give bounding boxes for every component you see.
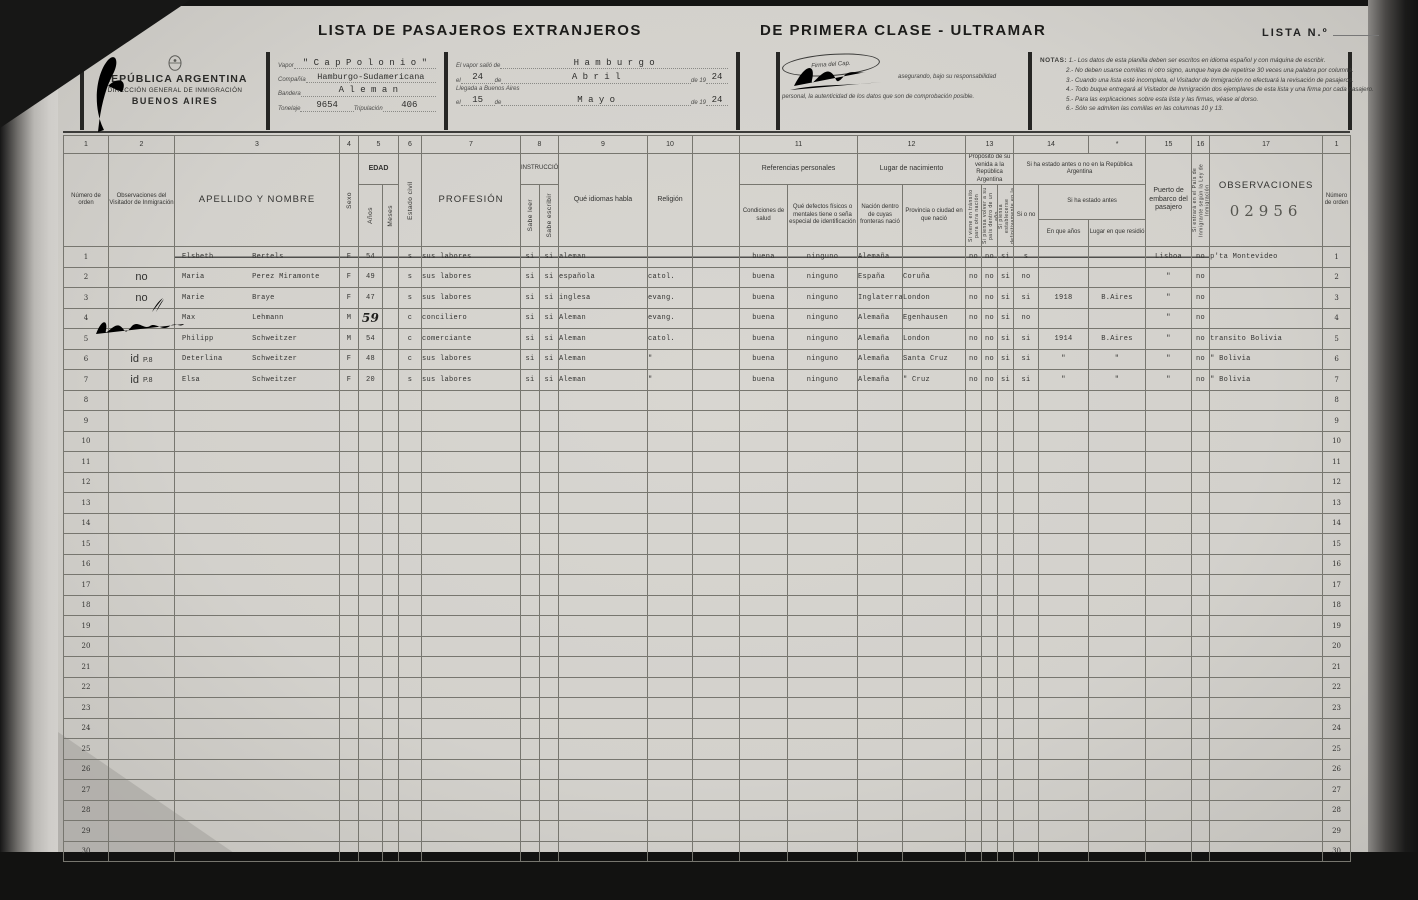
cell-en [1039, 739, 1089, 760]
cell-n2: 21 [1323, 657, 1351, 678]
col-number: 5 [359, 136, 399, 154]
cell-n: 3 [64, 288, 109, 309]
cell-gap [693, 390, 740, 411]
book-binding-edge [0, 0, 62, 860]
cell-prov [903, 493, 966, 514]
cell-nac: España [858, 267, 903, 288]
passenger-row: 4MaxLehmannM59cconcilierosisiAlemanevang… [64, 308, 1351, 329]
cell-en [1039, 677, 1089, 698]
cell-salud: buena [740, 329, 788, 350]
col-number: 11 [740, 136, 858, 154]
cell-name [175, 513, 340, 534]
cell-idi: Aleman [559, 370, 648, 391]
cell-n2: 11 [1323, 452, 1351, 473]
cell-puerto [1146, 718, 1192, 739]
cell-obs [1210, 759, 1323, 780]
cell-p2 [982, 390, 998, 411]
cell-rel: " [648, 349, 693, 370]
cell-prof: sus labores [422, 267, 521, 288]
cell-name [175, 493, 340, 514]
document-subtitle: DE PRIMERA CLASE - ULTRAMAR [760, 22, 1046, 39]
cell-en [1039, 698, 1089, 719]
cell-p1 [966, 759, 982, 780]
cell-anios [359, 493, 383, 514]
cell-sexo [340, 739, 359, 760]
cell-anios [359, 800, 383, 821]
cell-salud: buena [740, 288, 788, 309]
cell-def [788, 493, 858, 514]
passenger-row: 1ElsbethBertelsF54ssus laboressisialeman… [64, 247, 1351, 268]
cell-meses [383, 698, 399, 719]
col-number: 2 [109, 136, 175, 154]
cell-rel [648, 616, 693, 637]
llegada-month: M a y o [501, 95, 691, 107]
cell-p3 [998, 677, 1014, 698]
col-number: 7 [422, 136, 521, 154]
cell-def [788, 595, 858, 616]
cell-esc: si [540, 370, 559, 391]
cell-def: ninguno [788, 370, 858, 391]
cell-idi [559, 534, 648, 555]
cell-n2: 7 [1323, 370, 1351, 391]
cell-hw [109, 554, 175, 575]
cell-name: MaxLehmann [175, 308, 340, 329]
nota-item: 4.- Todo buque entregará al Visitador de… [1040, 85, 1340, 95]
cell-anios [359, 636, 383, 657]
cell-anios [359, 698, 383, 719]
cell-prof [422, 841, 521, 862]
notas-box: NOTAS: 1.- Los datos de esta planilla de… [1032, 52, 1348, 130]
cell-obs: " Bolivia [1210, 370, 1323, 391]
cell-name [175, 575, 340, 596]
cell-lee [521, 452, 540, 473]
salida-port: H a m b u r g o [500, 58, 728, 70]
cell-en [1039, 595, 1089, 616]
cell-lee: si [521, 288, 540, 309]
cell-rel [648, 636, 693, 657]
cell-p3 [998, 759, 1014, 780]
cell-sino: si [1014, 329, 1039, 350]
cell-salud [740, 493, 788, 514]
cell-esc [540, 411, 559, 432]
col-number: 16 [1192, 136, 1210, 154]
cell-p3 [998, 780, 1014, 801]
cell-puerto [1146, 554, 1192, 575]
cell-name: ElsbethBertels [175, 247, 340, 268]
llegada-day: 15 [461, 95, 495, 107]
cell-name [175, 452, 340, 473]
cell-anios [359, 390, 383, 411]
cell-lugar [1089, 636, 1146, 657]
cell-hw: no [109, 267, 175, 288]
handwritten-mark: no [135, 271, 147, 283]
surname: Schweitzer [252, 355, 297, 363]
cell-lee [521, 411, 540, 432]
col-number: 10 [648, 136, 693, 154]
cell-def [788, 575, 858, 596]
cell-esc [540, 780, 559, 801]
cell-n2: 25 [1323, 739, 1351, 760]
cell-nac [858, 739, 903, 760]
cell-prov: Santa Cruz [903, 349, 966, 370]
salida-month: A b r i l [501, 72, 691, 84]
cell-c16 [1192, 554, 1210, 575]
cell-p2 [982, 800, 998, 821]
cell-lee [521, 513, 540, 534]
cell-n: 18 [64, 595, 109, 616]
cell-hw [109, 657, 175, 678]
cell-def [788, 677, 858, 698]
cell-prof [422, 800, 521, 821]
cell-p3 [998, 821, 1014, 842]
col-number: 12 [858, 136, 966, 154]
cell-sexo [340, 595, 359, 616]
cell-def: ninguno [788, 267, 858, 288]
cell-p1: no [966, 370, 982, 391]
cell-esc [540, 698, 559, 719]
cell-meses [383, 452, 399, 473]
cell-salud: buena [740, 247, 788, 268]
cell-gap [693, 657, 740, 678]
cell-prov [903, 657, 966, 678]
cell-n: 15 [64, 534, 109, 555]
cell-rel [648, 780, 693, 801]
cell-puerto [1146, 698, 1192, 719]
cell-obs: p'ta Montevideo [1210, 247, 1323, 268]
cell-def: ninguno [788, 247, 858, 268]
cell-puerto [1146, 513, 1192, 534]
cell-puerto [1146, 841, 1192, 862]
cell-name [175, 595, 340, 616]
cell-meses [383, 308, 399, 329]
tonelaje-label: Tonelaje [278, 106, 300, 112]
header-referencias: Referencias personales [740, 154, 858, 185]
argentina-coat-of-arms-icon [164, 55, 186, 71]
cell-n2: 18 [1323, 595, 1351, 616]
cell-lee [521, 657, 540, 678]
de19-label: de 19 [691, 100, 706, 106]
cell-n: 11 [64, 452, 109, 473]
cell-name [175, 759, 340, 780]
cell-hw [109, 759, 175, 780]
cell-def [788, 431, 858, 452]
cell-meses [383, 349, 399, 370]
cell-def [788, 554, 858, 575]
cell-n: 16 [64, 554, 109, 575]
document-title: LISTA DE PASAJEROS EXTRANJEROS [318, 22, 642, 39]
cell-idi [559, 595, 648, 616]
cell-c16 [1192, 780, 1210, 801]
cell-p2 [982, 739, 998, 760]
cell-n2: 6 [1323, 349, 1351, 370]
cell-gap [693, 247, 740, 268]
cell-sexo: F [340, 247, 359, 268]
cell-lee [521, 575, 540, 596]
cell-meses [383, 636, 399, 657]
cell-sino: no [1014, 267, 1039, 288]
cell-meses [383, 472, 399, 493]
cell-n2: 15 [1323, 534, 1351, 555]
cell-rel [648, 411, 693, 432]
cell-sexo [340, 513, 359, 534]
cell-puerto [1146, 739, 1192, 760]
cell-sexo [340, 759, 359, 780]
tripulacion-value: 406 [383, 100, 436, 112]
passenger-row: 1212 [64, 472, 1351, 493]
cell-n2: 5 [1323, 329, 1351, 350]
header-edad-anios: Años [359, 185, 383, 247]
cell-c16 [1192, 800, 1210, 821]
cell-estado [399, 800, 422, 821]
cell-prof [422, 390, 521, 411]
bandera-value: A l e m a n [301, 85, 436, 97]
cell-prov [903, 411, 966, 432]
cell-c16: no [1192, 308, 1210, 329]
header-gap-column [693, 154, 740, 247]
notas-label: NOTAS: [1040, 57, 1067, 64]
cell-prov: London [903, 329, 966, 350]
cell-p2: no [982, 288, 998, 309]
cell-nac [858, 780, 903, 801]
cell-anios [359, 657, 383, 678]
cell-anios [359, 718, 383, 739]
passenger-row: 1414 [64, 513, 1351, 534]
cell-lee [521, 780, 540, 801]
cell-obs [1210, 534, 1323, 555]
cell-c16 [1192, 616, 1210, 637]
cell-p2 [982, 759, 998, 780]
cell-nac [858, 800, 903, 821]
cell-estado [399, 411, 422, 432]
cell-def [788, 800, 858, 821]
header-numero-orden-right: Número de orden [1323, 154, 1351, 247]
passenger-row: 2222 [64, 677, 1351, 698]
nota-item: 3.- Cuando una lista esté incompleta, el… [1040, 76, 1340, 86]
cell-esc [540, 493, 559, 514]
cell-idi: española [559, 267, 648, 288]
cell-rel [648, 657, 693, 678]
cell-estado [399, 821, 422, 842]
cell-puerto: " [1146, 329, 1192, 350]
cell-esc [540, 718, 559, 739]
cell-sexo: M [340, 329, 359, 350]
passenger-row: 5PhilippSchweitzerM54ccomerciantesisiAle… [64, 329, 1351, 350]
firma-text-1: asegurando, bajo su responsabilidad [898, 74, 996, 80]
cell-lee [521, 390, 540, 411]
cell-lugar [1089, 821, 1146, 842]
cell-prov [903, 431, 966, 452]
illegible-scribble-row5 [92, 314, 188, 342]
cell-puerto [1146, 657, 1192, 678]
cell-p1 [966, 493, 982, 514]
cell-hw [109, 493, 175, 514]
cell-prov [903, 698, 966, 719]
cell-obs [1210, 554, 1323, 575]
tonelaje-value: 9654 [300, 100, 353, 112]
cell-lugar [1089, 780, 1146, 801]
cell-salud [740, 431, 788, 452]
cell-p1 [966, 554, 982, 575]
cell-c16 [1192, 472, 1210, 493]
box-gap [740, 52, 776, 130]
cell-rel [648, 431, 693, 452]
cell-lee: si [521, 349, 540, 370]
cell-lugar: B.Aires [1089, 288, 1146, 309]
cell-salud [740, 698, 788, 719]
cell-prov [903, 595, 966, 616]
cell-en: " [1039, 349, 1089, 370]
cell-nac [858, 821, 903, 842]
table-body: 1ElsbethBertelsF54ssus laboressisialeman… [64, 247, 1351, 862]
cell-meses [383, 247, 399, 268]
cell-anios [359, 677, 383, 698]
cell-def [788, 616, 858, 637]
passenger-row: 1111 [64, 452, 1351, 473]
cell-n: 1 [64, 247, 109, 268]
cell-nac [858, 513, 903, 534]
cell-p2 [982, 616, 998, 637]
cell-sexo [340, 575, 359, 596]
cell-sino [1014, 718, 1039, 739]
cell-n: 27 [64, 780, 109, 801]
cell-puerto: " [1146, 308, 1192, 329]
cell-sexo: F [340, 288, 359, 309]
cell-prof [422, 657, 521, 678]
cell-p3 [998, 636, 1014, 657]
cell-lugar [1089, 493, 1146, 514]
cell-idi [559, 698, 648, 719]
cell-gap [693, 452, 740, 473]
cell-esc [540, 739, 559, 760]
cell-p1 [966, 431, 982, 452]
cell-lugar [1089, 554, 1146, 575]
cell-estado [399, 493, 422, 514]
cell-anios [359, 575, 383, 596]
cell-n2: 20 [1323, 636, 1351, 657]
col-number: 8 [521, 136, 559, 154]
header-si-ha-estado-antes: Si ha estado antes [1039, 185, 1146, 220]
cell-en [1039, 554, 1089, 575]
cell-salud [740, 595, 788, 616]
cell-estado: s [399, 267, 422, 288]
header-observaciones: OBSERVACIONES02956 [1210, 154, 1323, 247]
cell-meses [383, 595, 399, 616]
cell-gap [693, 431, 740, 452]
cell-def [788, 780, 858, 801]
cell-meses [383, 759, 399, 780]
cell-rel: evang. [648, 308, 693, 329]
cell-lee: si [521, 267, 540, 288]
cell-en [1039, 657, 1089, 678]
passenger-row: 2noMariaPerez MiramonteF49ssus laboressi… [64, 267, 1351, 288]
cell-gap [693, 554, 740, 575]
cell-obs [1210, 472, 1323, 493]
cell-n: 30 [64, 841, 109, 862]
cell-n2: 26 [1323, 759, 1351, 780]
header-observaciones-visitador: Observaciones del Visitador de Inmigraci… [109, 154, 175, 247]
cell-sino [1014, 739, 1039, 760]
cell-lee [521, 841, 540, 862]
cell-idi [559, 554, 648, 575]
cell-puerto [1146, 493, 1192, 514]
cell-esc: si [540, 247, 559, 268]
handwritten-mark: id [130, 353, 139, 365]
cell-c16 [1192, 698, 1210, 719]
cell-lee [521, 431, 540, 452]
cell-nac [858, 595, 903, 616]
cell-en [1039, 534, 1089, 555]
cell-lugar [1089, 431, 1146, 452]
cell-sino: si [1014, 288, 1039, 309]
cell-p2 [982, 493, 998, 514]
cell-estado [399, 575, 422, 596]
cell-p3 [998, 595, 1014, 616]
cell-sexo [340, 452, 359, 473]
handwritten-mark: id [130, 374, 139, 386]
header-lugar-nacimiento: Lugar de nacimiento [858, 154, 966, 185]
cell-en [1039, 431, 1089, 452]
cell-name [175, 554, 340, 575]
cell-p2: no [982, 349, 998, 370]
cell-nac: Alemaña [858, 349, 903, 370]
col-number: 9 [559, 136, 648, 154]
cell-p3 [998, 513, 1014, 534]
cell-idi [559, 390, 648, 411]
cell-prof [422, 431, 521, 452]
cell-nac [858, 616, 903, 637]
cell-sino [1014, 472, 1039, 493]
passenger-row: 2727 [64, 780, 1351, 801]
cell-meses [383, 513, 399, 534]
cell-meses [383, 800, 399, 821]
cell-p2: no [982, 329, 998, 350]
cell-p3 [998, 739, 1014, 760]
header-apellido-nombre: APELLIDO Y NOMBRE [175, 154, 340, 247]
cell-idi [559, 739, 648, 760]
cell-c16: no [1192, 247, 1210, 268]
nota-item: 6.- Sólo se admiten las comillas en las … [1040, 104, 1340, 114]
cell-obs [1210, 616, 1323, 637]
cell-p1 [966, 595, 982, 616]
cell-name [175, 739, 340, 760]
cell-sino [1014, 800, 1039, 821]
cell-salud [740, 759, 788, 780]
cell-c16: no [1192, 267, 1210, 288]
col-number: 13 [966, 136, 1014, 154]
cell-p3: si [998, 329, 1014, 350]
cell-estado [399, 554, 422, 575]
cell-puerto [1146, 575, 1192, 596]
cell-nac [858, 636, 903, 657]
cell-meses [383, 677, 399, 698]
cell-p1: no [966, 267, 982, 288]
cell-n2: 9 [1323, 411, 1351, 432]
cell-esc [540, 616, 559, 637]
cell-prof [422, 554, 521, 575]
compania-value: Hamburgo-Sudamericana [306, 72, 436, 83]
cell-n2: 22 [1323, 677, 1351, 698]
cell-sexo: F [340, 267, 359, 288]
cell-lugar [1089, 575, 1146, 596]
cell-c16 [1192, 739, 1210, 760]
cell-rel: catol. [648, 267, 693, 288]
cell-puerto: " [1146, 288, 1192, 309]
cell-prof: sus labores [422, 288, 521, 309]
cell-n: 24 [64, 718, 109, 739]
cell-salud [740, 554, 788, 575]
cell-estado [399, 677, 422, 698]
cell-rel [648, 575, 693, 596]
